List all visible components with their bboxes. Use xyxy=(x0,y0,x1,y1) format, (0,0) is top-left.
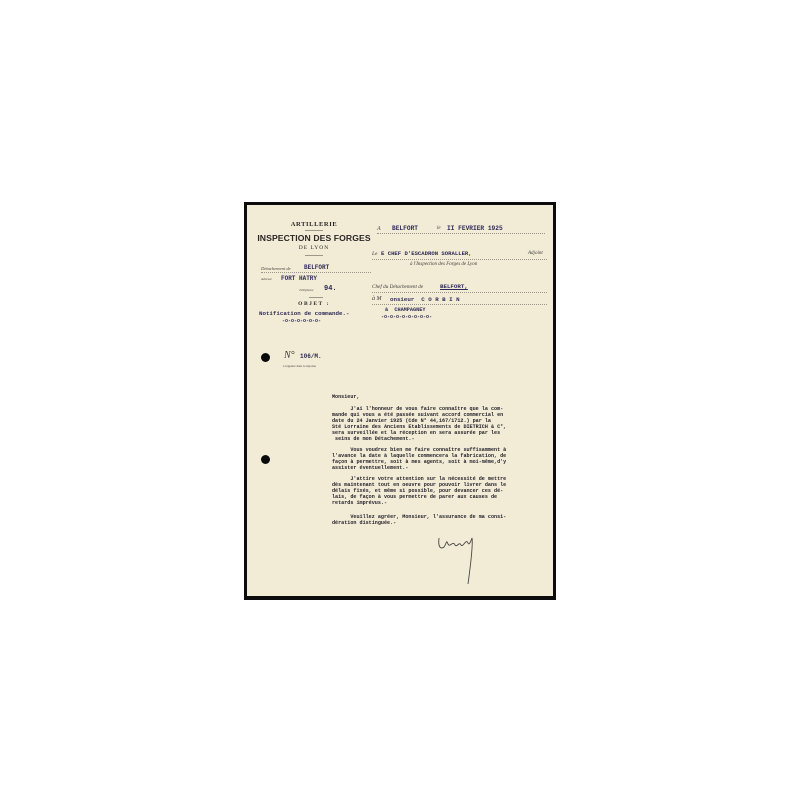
detachment-value: BELFORT xyxy=(304,264,329,271)
address-value: FORT HATRY xyxy=(281,275,317,282)
letterhead-office: INSPECTION DES FORGES xyxy=(255,233,373,243)
signature xyxy=(435,532,485,590)
field-line xyxy=(372,304,547,305)
body-paragraph: J'ai l'honneur de vous faire connaître q… xyxy=(332,407,506,442)
divider xyxy=(309,297,323,298)
object-underline: -o-o-o-o-o-o- xyxy=(282,318,321,324)
field-line xyxy=(372,259,547,260)
object-value: Notification de commande.- xyxy=(259,310,349,317)
address-label: Adresse xyxy=(261,277,272,281)
recipient-prefix: à M xyxy=(372,296,382,302)
letterhead-city: DE LYON xyxy=(255,245,373,251)
phone-label: Téléphone xyxy=(299,288,314,292)
field-line xyxy=(377,233,545,234)
sender-prefix: Le xyxy=(372,251,378,257)
field-line xyxy=(261,272,371,273)
punch-hole xyxy=(261,353,270,362)
chief-label: Chef du Détachement de xyxy=(372,284,423,290)
divider xyxy=(305,255,323,256)
document-frame: ARTILLERIE INSPECTION DES FORGES DE LYON… xyxy=(244,202,556,600)
recipient-place: à CHAMPAGNEY xyxy=(385,307,425,313)
punch-hole xyxy=(261,455,270,464)
field-line xyxy=(372,292,547,293)
object-label: OBJET : xyxy=(255,301,373,307)
body-paragraph: J'attire votre attention sur la nécessit… xyxy=(332,477,506,507)
letter-page: ARTILLERIE INSPECTION DES FORGES DE LYON… xyxy=(247,205,553,596)
divider xyxy=(305,230,323,231)
recipient-name: onsieur C O R B I N xyxy=(390,296,460,303)
date-prefix: le xyxy=(437,226,441,231)
place-value: BELFORT xyxy=(392,225,418,232)
sender-role: Adjoint xyxy=(528,251,543,256)
recipient-underline: -o-o-o-o-o-o-o-o- xyxy=(381,314,432,320)
salutation: Monsieur, xyxy=(332,395,360,401)
phone-value: 94. xyxy=(324,285,337,293)
reference-number: 106/M. xyxy=(300,353,322,360)
chief-value: BELFORT, xyxy=(440,283,468,290)
body-paragraph: Veuillez agréer, Monsieur, l'assurance d… xyxy=(332,515,506,527)
reference-note: à rappeler dans la réponse xyxy=(283,364,316,368)
letterhead-department: ARTILLERIE xyxy=(255,221,373,228)
sender-office: à l'Inspection des Forges de Lyon xyxy=(410,262,477,267)
place-prefix: A xyxy=(377,226,381,232)
body-paragraph: Vous voudrez bien me faire connaître suf… xyxy=(332,448,506,472)
sender-name: E CHEF D'ESCADRON SORALLER, xyxy=(381,250,472,257)
detachment-label: Détachement de xyxy=(261,266,291,271)
reference-symbol: N° xyxy=(284,350,295,361)
letter-date: II FEVRIER 1925 xyxy=(447,225,503,232)
